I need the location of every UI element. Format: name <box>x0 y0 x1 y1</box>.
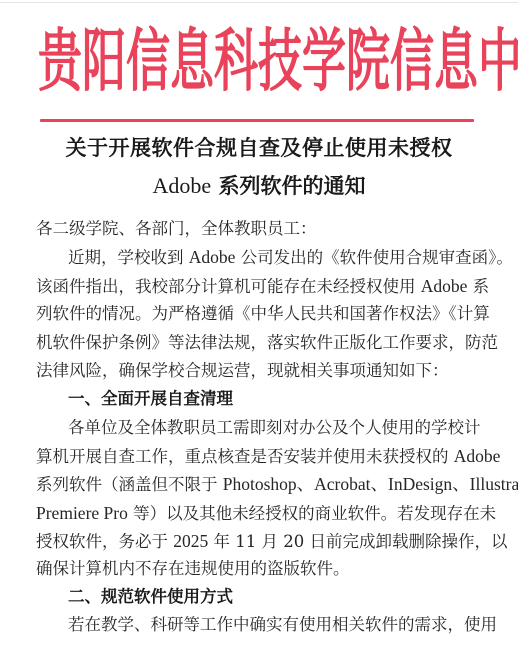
intro-line: 列软件的情况。为严格遵循《中华人民共和国著作权法》《计算 <box>36 304 478 324</box>
title-rest: 系列软件的通知 <box>211 173 365 198</box>
intro-line: 机软件保护条例》等法律法规，落实软件正版化工作要求，防范 <box>36 333 478 353</box>
masthead-char: 息 <box>434 3 478 124</box>
red-divider <box>40 119 474 122</box>
document-title-line-2: Adobe 系列软件的通知 <box>0 170 518 200</box>
section-heading-2: 二、规范软件使用方式 <box>68 587 233 607</box>
masthead-char: 信 <box>390 3 434 124</box>
masthead-char: 贵 <box>38 3 82 124</box>
text-run-latin: Adobe <box>454 446 501 466</box>
text-run-latin: Premiere Pro <box>36 503 128 523</box>
masthead-char: 中 <box>478 3 518 124</box>
section-2-line: 若在教学、科研等工作中确实有使用相关软件的需求，使用 <box>68 615 478 635</box>
text-run: 授权软件，务必于 <box>36 532 173 551</box>
text-run: 等）以及其他未经授权的商业软件。若发现存在未 <box>128 504 496 523</box>
masthead-char: 学 <box>302 3 346 124</box>
text-run: 该函件指出，我校部分计算机可能存在未经授权使用 <box>36 277 421 296</box>
document-title-line-1: 关于开展软件合规自查及停止使用未授权 <box>0 132 518 162</box>
text-run-latin: Adobe <box>189 247 236 267</box>
text-run: 系 <box>467 277 489 296</box>
section-1-line: 授权软件，务必于 2025 年 11 月 20 日前完成卸载删除操作，以 <box>36 531 478 552</box>
masthead-char: 技 <box>258 3 302 124</box>
section-1-line: 系列软件（涵盖但不限于 Photoshop、Acrobat、InDesign、I… <box>36 474 478 495</box>
intro-line: 该函件指出，我校部分计算机可能存在未经授权使用 Adobe 系 <box>36 276 478 297</box>
text-run-latin: Photoshop、Acrobat、InDesign、Illustrator、 <box>223 474 518 494</box>
text-run: 系列软件（涵盖但不限于 <box>36 475 223 494</box>
masthead-char: 阳 <box>82 3 126 124</box>
text-run: 年 11 月 20 日前完成卸载删除操作，以 <box>208 532 507 551</box>
intro-line: 近期，学校收到 Adobe 公司发出的《软件使用合规审查函》。 <box>68 247 478 268</box>
section-heading-1: 一、全面开展自查清理 <box>68 389 233 409</box>
intro-line: 法律风险，确保学校合规运营，现就相关事项通知如下： <box>36 361 478 381</box>
title-latin: Adobe <box>153 173 212 198</box>
masthead-org-name: 贵 阳 信 息 科 技 学 院 信 息 中 心 <box>38 24 478 102</box>
masthead-char: 息 <box>170 3 214 124</box>
text-run: 近期，学校收到 <box>68 248 189 267</box>
text-run: 算机开展自查工作，重点核查是否安装并使用未获授权的 <box>36 447 454 466</box>
text-run: 公司发出的《软件使用合规审查函》。 <box>235 248 513 267</box>
masthead-char: 科 <box>214 3 258 124</box>
section-1-line: 确保计算机内不存在违规使用的盗版软件。 <box>36 559 478 579</box>
text-run-latin: Adobe <box>421 276 468 296</box>
section-1-line: 算机开展自查工作，重点核查是否安装并使用未获授权的 Adobe <box>36 446 478 467</box>
section-1-line: 各单位及全体教职员工需即刻对办公及个人使用的学校计 <box>68 418 478 438</box>
section-1-line: Premiere Pro 等）以及其他未经授权的商业软件。若发现存在未 <box>36 503 478 524</box>
masthead-char: 院 <box>346 3 390 124</box>
masthead-char: 信 <box>126 3 170 124</box>
text-run-latin: 2025 <box>173 531 208 551</box>
salutation: 各二级学院、各部门，全体教职员工： <box>36 219 317 239</box>
